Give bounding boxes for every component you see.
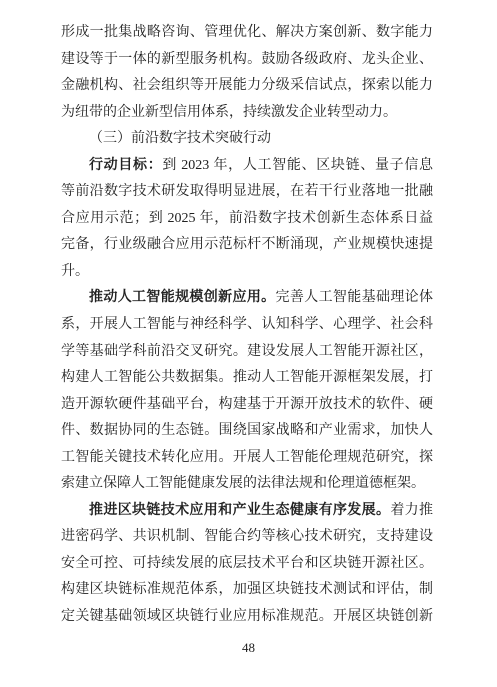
text-line: 系，开展人工智能与神经科学、认知科学、心理学、社会科 — [61, 312, 433, 339]
line-text: （三）前沿数字技术突破行动 — [89, 131, 271, 146]
line-text: 金融机构、社会组织等开展能力分级采信试点，探索以能力 — [61, 78, 433, 93]
line-text: 造开源软硬件基础平台，构建基于开源开放技术的软件、硬 — [61, 397, 433, 412]
line-text: 着力推 — [390, 503, 433, 518]
text-line: 构建区块链标准规范体系，加强区块链技术测试和评估，制 — [61, 577, 433, 604]
line-text: 件、数据协同的生态链。围绕国家战略和产业需求，加快人 — [61, 423, 433, 438]
text-line: 等前沿数字技术研发取得明显进展，在若干行业落地一批融 — [61, 179, 433, 206]
line-text: 定关键基础领域区块链行业应用标准规范。开展区块链创新 — [61, 609, 433, 624]
text-line: 构建人工智能公共数据集。推动人工智能开源框架发展，打 — [61, 365, 433, 392]
line-text: 为纽带的企业新型信用体系，持续激发企业转型动力。 — [61, 105, 397, 120]
text-line: 工智能关键技术转化应用。开展人工智能伦理规范研究，探 — [61, 445, 433, 472]
text-line: 进密码学、共识机制、智能合约等核心技术研究，支持建设 — [61, 524, 433, 551]
bold-lead-in: 推进区块链技术应用和产业生态健康有序发展。 — [89, 503, 390, 518]
line-text: 到 2023 年，人工智能、区块链、量子信息 — [162, 158, 433, 173]
line-text: 合应用示范；到 2025 年，前沿数字技术创新生态体系日益 — [61, 211, 433, 226]
line-text: 安全可控、可持续发展的底层技术平台和区块链开源社区。 — [61, 556, 433, 571]
line-text: 学等基础学科前沿交叉研究。建设发展人工智能开源社区， — [61, 344, 433, 359]
line-text: 工智能关键技术转化应用。开展人工智能伦理规范研究，探 — [61, 450, 433, 465]
bold-lead-in: 推动人工智能规模创新应用。 — [89, 290, 276, 305]
line-text: 完善人工智能基础理论体 — [276, 290, 433, 305]
document-page: 形成一批集战略咨询、管理优化、解决方案创新、数字能力建设等于一体的新型服务机构。… — [0, 0, 497, 687]
page-body-text: 形成一批集战略咨询、管理优化、解决方案创新、数字能力建设等于一体的新型服务机构。… — [61, 20, 433, 631]
line-text: 形成一批集战略咨询、管理优化、解决方案创新、数字能力 — [61, 25, 433, 40]
text-line: 形成一批集战略咨询、管理优化、解决方案创新、数字能力 — [61, 20, 433, 47]
text-line: 金融机构、社会组织等开展能力分级采信试点，探索以能力 — [61, 73, 433, 100]
text-line: 合应用示范；到 2025 年，前沿数字技术创新生态体系日益 — [61, 206, 433, 233]
line-text: 等前沿数字技术研发取得明显进展，在若干行业落地一批融 — [61, 184, 433, 199]
line-text: 完备，行业级融合应用示范标杆不断涌现，产业规模快速提 — [61, 237, 433, 252]
page-number: 48 — [0, 637, 497, 659]
line-text: 构建区块链标准规范体系，加强区块链技术测试和评估，制 — [61, 582, 433, 597]
line-text: 构建人工智能公共数据集。推动人工智能开源框架发展，打 — [61, 370, 433, 385]
line-text: 升。 — [61, 264, 89, 279]
text-line: （三）前沿数字技术突破行动 — [61, 126, 433, 153]
text-line: 推进区块链技术应用和产业生态健康有序发展。着力推 — [61, 498, 433, 525]
text-line: 件、数据协同的生态链。围绕国家战略和产业需求，加快人 — [61, 418, 433, 445]
text-line: 推动人工智能规模创新应用。完善人工智能基础理论体 — [61, 285, 433, 312]
text-line: 造开源软硬件基础平台，构建基于开源开放技术的软件、硬 — [61, 392, 433, 419]
line-text: 进密码学、共识机制、智能合约等核心技术研究，支持建设 — [61, 529, 433, 544]
line-text: 索建立保障人工智能健康发展的法律法规和伦理道德框架。 — [61, 476, 425, 491]
line-text: 系，开展人工智能与神经科学、认知科学、心理学、社会科 — [61, 317, 433, 332]
line-text: 建设等于一体的新型服务机构。鼓励各级政府、龙头企业、 — [61, 52, 433, 67]
text-line: 学等基础学科前沿交叉研究。建设发展人工智能开源社区， — [61, 339, 433, 366]
text-line: 定关键基础领域区块链行业应用标准规范。开展区块链创新 — [61, 604, 433, 631]
text-line: 完备，行业级融合应用示范标杆不断涌现，产业规模快速提 — [61, 232, 433, 259]
text-line: 升。 — [61, 259, 433, 286]
bold-lead-in: 行动目标： — [89, 158, 162, 173]
text-line: 索建立保障人工智能健康发展的法律法规和伦理道德框架。 — [61, 471, 433, 498]
text-line: 安全可控、可持续发展的底层技术平台和区块链开源社区。 — [61, 551, 433, 578]
text-line: 为纽带的企业新型信用体系，持续激发企业转型动力。 — [61, 100, 433, 127]
text-line: 行动目标：到 2023 年，人工智能、区块链、量子信息 — [61, 153, 433, 180]
text-line: 建设等于一体的新型服务机构。鼓励各级政府、龙头企业、 — [61, 47, 433, 74]
